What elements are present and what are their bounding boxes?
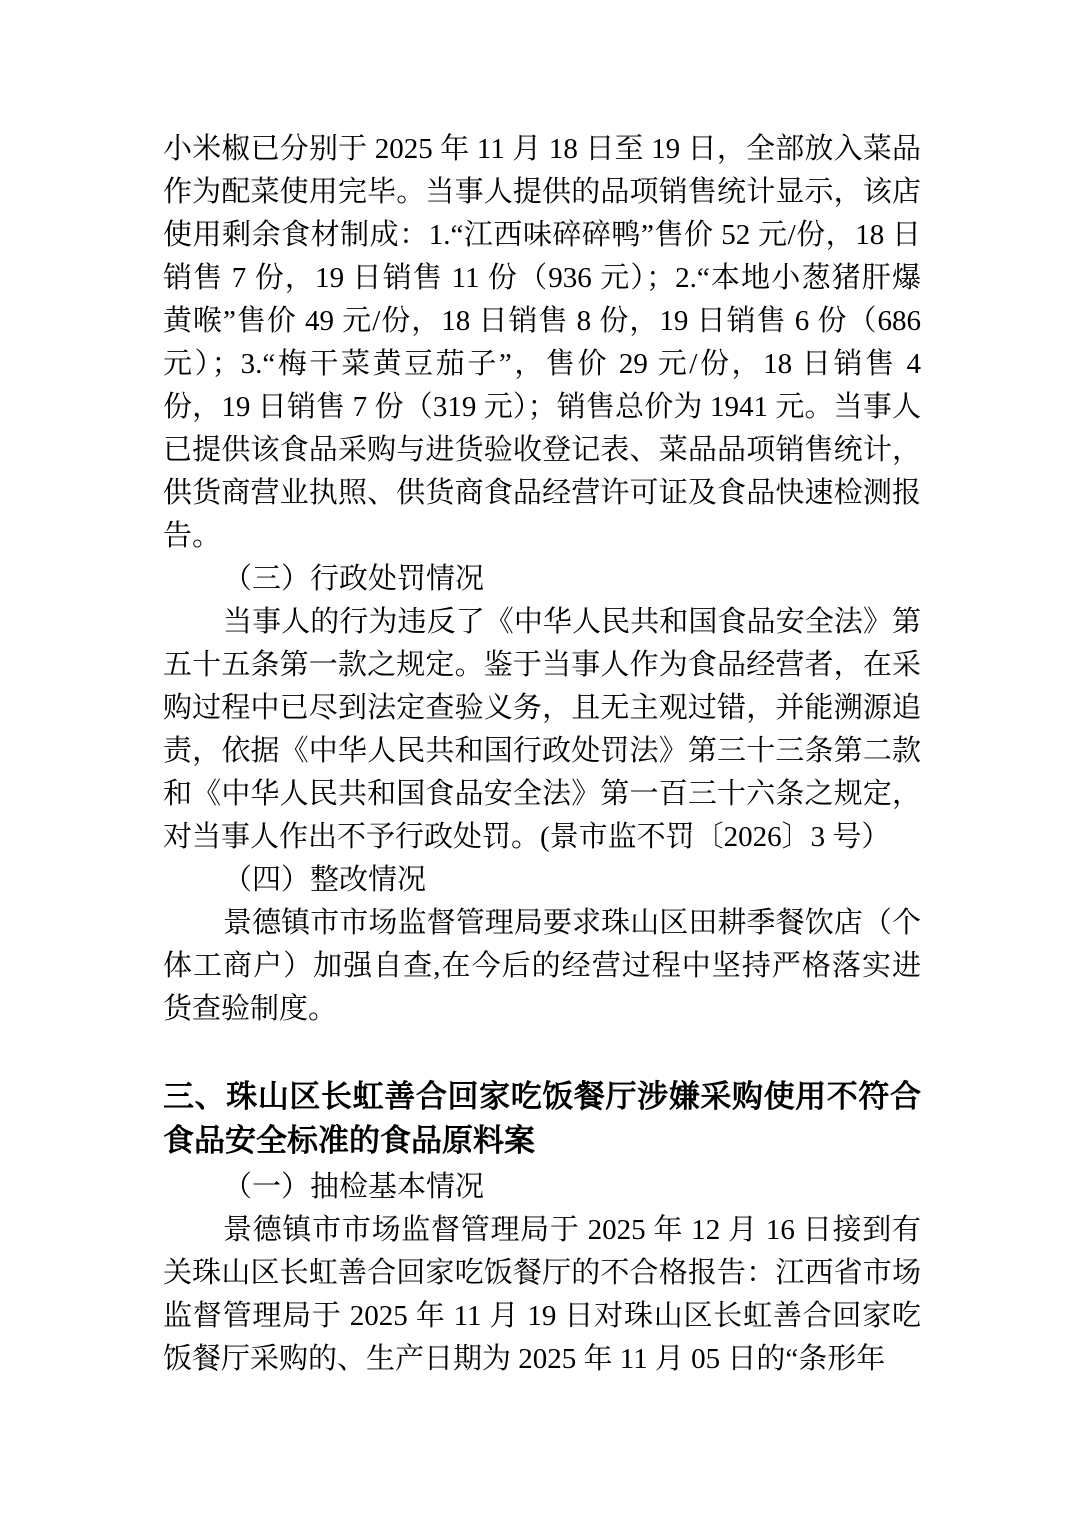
document-page: 小米椒已分别于 2025 年 11 月 18 日至 19 日，全部放入菜品作为配…: [0, 0, 1074, 1520]
case-three-section-heading: 三、珠山区长虹善合回家吃饭餐厅涉嫌采购使用不符合食品安全标准的食品原料案: [163, 1075, 921, 1163]
paragraph-sampling-report: 景德镇市市场监督管理局于 2025 年 12 月 16 日接到有关珠山区长虹善合…: [163, 1209, 921, 1381]
paragraph-sales-details-continuation: 小米椒已分别于 2025 年 11 月 18 日至 19 日，全部放入菜品作为配…: [163, 128, 921, 558]
subsection-heading-rectification: （四）整改情况: [163, 859, 921, 902]
document-text-block: 小米椒已分别于 2025 年 11 月 18 日至 19 日，全部放入菜品作为配…: [163, 128, 921, 1381]
subsection-heading-administrative-penalty: （三）行政处罚情况: [163, 558, 921, 601]
paragraph-rectification-requirement: 景德镇市市场监督管理局要求珠山区田耕季餐饮店（个体工商户）加强自查,在今后的经营…: [163, 902, 921, 1031]
paragraph-penalty-decision: 当事人的行为违反了《中华人民共和国食品安全法》第五十五条第一款之规定。鉴于当事人…: [163, 601, 921, 859]
subsection-heading-sampling-basic-info: （一）抽检基本情况: [163, 1166, 921, 1209]
